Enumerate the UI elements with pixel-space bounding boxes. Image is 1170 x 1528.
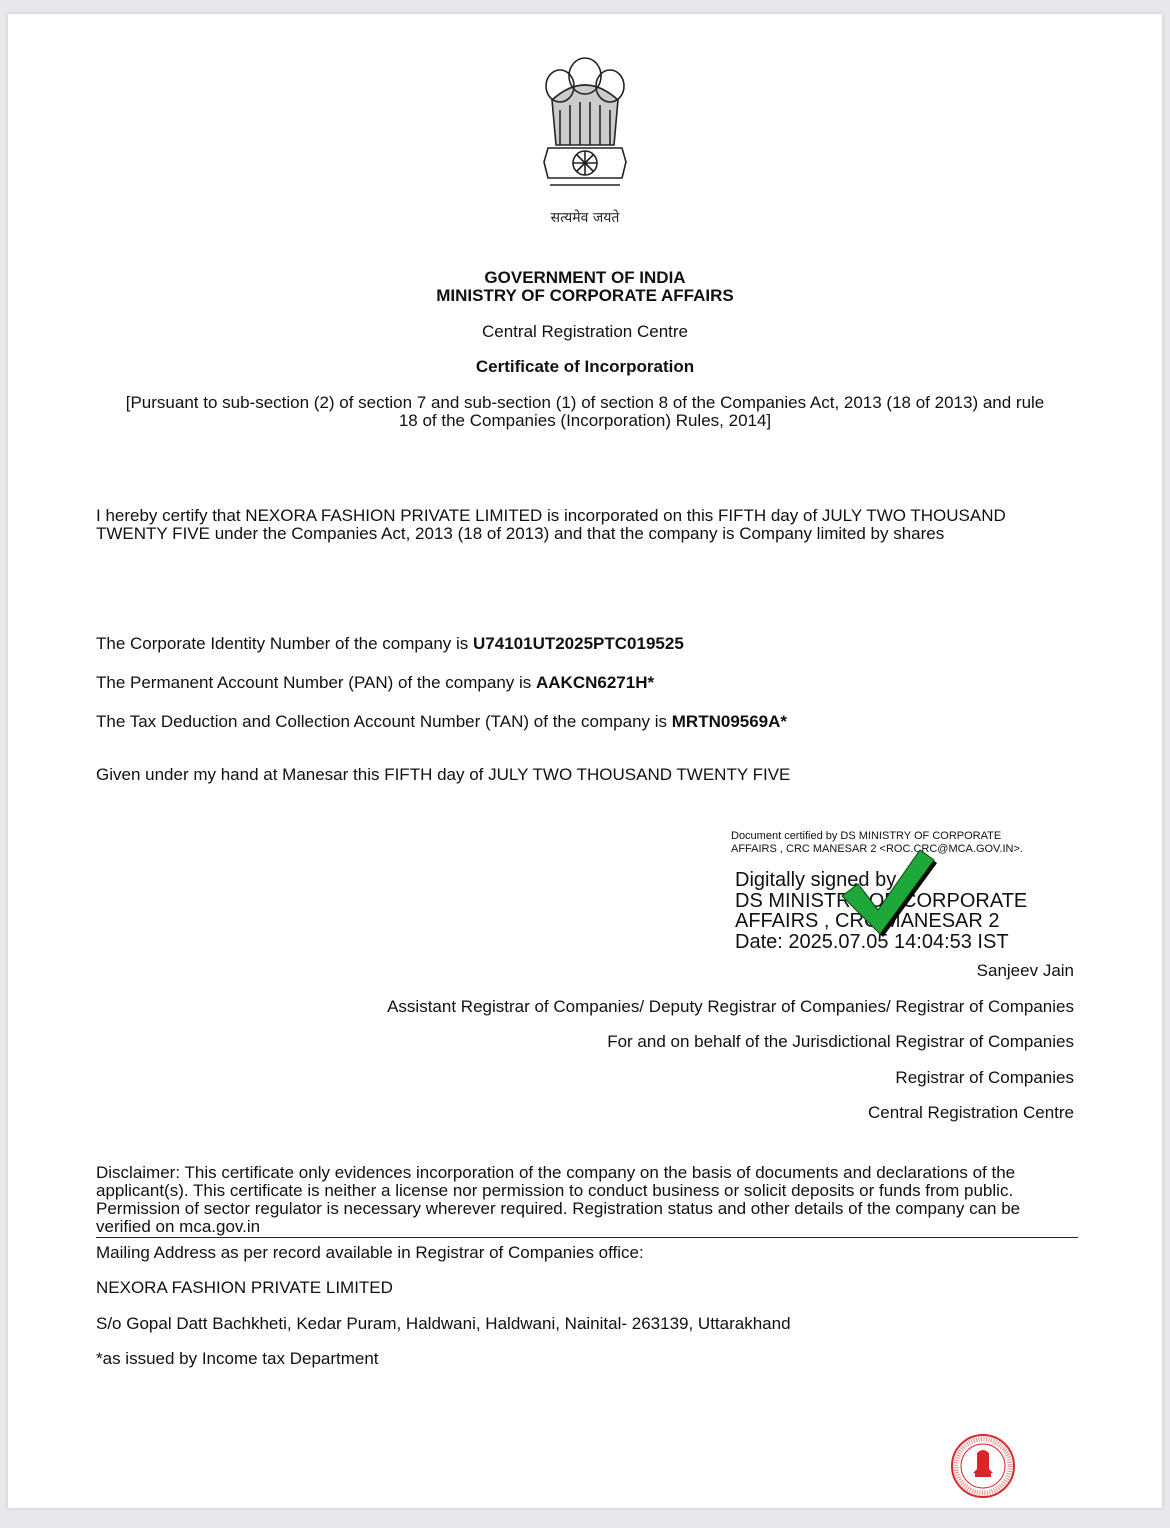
- pursuant-line-1: [Pursuant to sub-section (2) of section …: [0, 394, 1170, 412]
- mca-seal-icon: [947, 1433, 1019, 1499]
- certificate-title: Certificate of Incorporation: [0, 358, 1170, 376]
- registrar-role-3: Registrar of Companies: [895, 1068, 1074, 1088]
- pan-statement: The Permanent Account Number (PAN) of th…: [96, 674, 1076, 692]
- signature-verified-check-icon: [838, 848, 938, 938]
- certify-line-2: TWENTY FIVE under the Companies Act, 201…: [96, 525, 1076, 543]
- disclaimer: Disclaimer: This certificate only eviden…: [96, 1164, 1078, 1236]
- national-emblem-icon: [530, 50, 640, 200]
- disclaimer-line-1: Disclaimer: This certificate only eviden…: [96, 1164, 1078, 1182]
- given-statement: Given under my hand at Manesar this FIFT…: [96, 766, 1076, 784]
- registrar-role-1: Assistant Registrar of Companies/ Deputy…: [387, 997, 1074, 1017]
- mailing-company: NEXORA FASHION PRIVATE LIMITED: [96, 1279, 1076, 1297]
- cin-label: The Corporate Identity Number of the com…: [96, 634, 473, 653]
- registrar-name: Sanjeev Jain: [977, 961, 1074, 981]
- mailing-address: S/o Gopal Datt Bachkheti, Kedar Puram, H…: [96, 1315, 1076, 1333]
- certified-line-1: Document certified by DS MINISTRY OF COR…: [731, 830, 1023, 843]
- header-ministry: MINISTRY OF CORPORATE AFFAIRS: [0, 287, 1170, 305]
- disclaimer-line-2: applicant(s). This certificate is neithe…: [96, 1182, 1078, 1200]
- tan-statement: The Tax Deduction and Collection Account…: [96, 713, 1076, 731]
- disclaimer-line-4: verified on mca.gov.in: [96, 1218, 1078, 1236]
- registrar-role-2: For and on behalf of the Jurisdictional …: [607, 1032, 1074, 1052]
- disclaimer-line-3: Permission of sector regulator is necess…: [96, 1200, 1078, 1218]
- divider: [96, 1237, 1078, 1238]
- cin-statement: The Corporate Identity Number of the com…: [96, 635, 1076, 653]
- emblem-motto: सत्यमेव जयते: [540, 208, 630, 227]
- certify-line-1: I hereby certify that NEXORA FASHION PRI…: [96, 507, 1076, 525]
- footnote: *as issued by Income tax Department: [96, 1350, 1076, 1368]
- header-government: GOVERNMENT OF INDIA: [0, 269, 1170, 287]
- header-centre: Central Registration Centre: [0, 323, 1170, 341]
- tan-label: The Tax Deduction and Collection Account…: [96, 712, 672, 731]
- tan-value: MRTN09569A*: [672, 712, 787, 731]
- mailing-heading: Mailing Address as per record available …: [96, 1244, 1076, 1262]
- pan-label: The Permanent Account Number (PAN) of th…: [96, 673, 536, 692]
- pursuant-line-2: 18 of the Companies (Incorporation) Rule…: [0, 412, 1170, 430]
- registrar-role-4: Central Registration Centre: [868, 1103, 1074, 1123]
- pan-value: AAKCN6271H*: [536, 673, 654, 692]
- cin-value: U74101UT2025PTC019525: [473, 634, 684, 653]
